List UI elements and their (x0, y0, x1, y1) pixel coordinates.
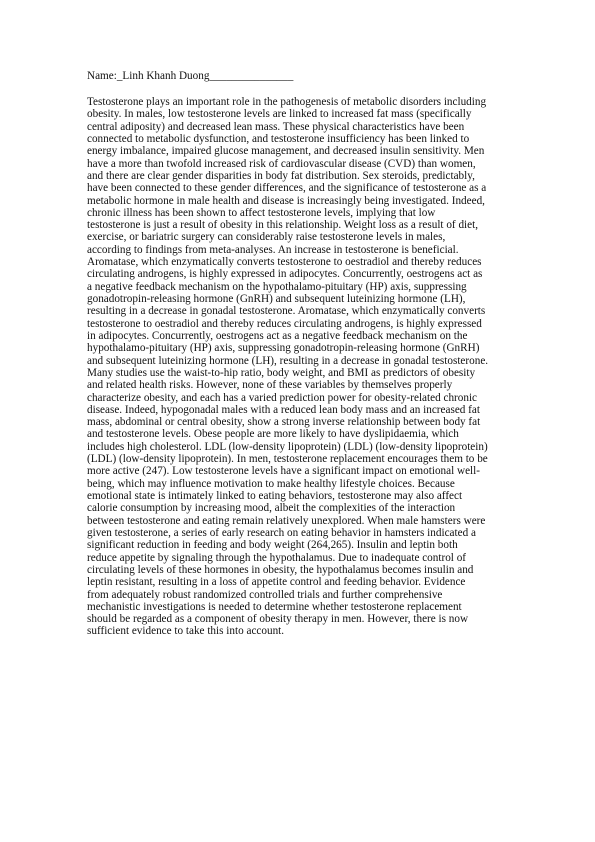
text-line: reduce appetite by signaling through the… (87, 552, 517, 564)
text-line: between testosterone and eating remain r… (87, 515, 517, 527)
text-line: and testosterone levels. Obese people ar… (87, 428, 517, 440)
text-line: circulating androgens, is highly express… (87, 268, 517, 280)
text-line: have a more than twofold increased risk … (87, 158, 517, 170)
text-line: in adipocytes. Concurrently, oestrogens … (87, 330, 517, 342)
text-line: (LDL) (low-density lipoprotein). In men,… (87, 453, 517, 465)
text-line: hypothalamo-pituitary (HP) axis, suppres… (87, 342, 517, 354)
text-line: resulting in a decrease in gonadal testo… (87, 305, 517, 317)
text-line: from adequately robust randomized contro… (87, 589, 517, 601)
text-line: testosterone to oestradiol and thereby r… (87, 318, 517, 330)
student-name-line: Name:_Linh Khanh Duong_______________ (87, 70, 293, 83)
text-line: chronic illness has been shown to affect… (87, 207, 517, 219)
text-line: emotional state is intimately linked to … (87, 490, 517, 502)
text-line: given testosterone, a series of early re… (87, 527, 517, 539)
text-line: significant reduction in feeding and bod… (87, 539, 517, 551)
text-line: Testosterone plays an important role in … (87, 96, 517, 108)
text-line: includes high cholesterol. LDL (low-dens… (87, 441, 517, 453)
text-line: connected to metabolic dysfunction, and … (87, 133, 517, 145)
text-line: gonadotropin-releasing hormone (GnRH) an… (87, 293, 517, 305)
text-line: more active (247). Low testosterone leve… (87, 465, 517, 477)
text-line: and there are clear gender disparities i… (87, 170, 517, 182)
text-line: characterize obesity, and each has a var… (87, 392, 517, 404)
text-line: have been connected to these gender diff… (87, 182, 517, 194)
text-line: should be regarded as a component of obe… (87, 613, 517, 625)
text-line: mass, abdominal or central obesity, show… (87, 416, 517, 428)
text-line: sufficient evidence to take this into ac… (87, 625, 517, 637)
text-line: leptin resistant, resulting in a loss of… (87, 576, 517, 588)
text-line: obesity. In males, low testosterone leve… (87, 108, 517, 120)
text-line: Aromatase, which enzymatically converts … (87, 256, 517, 268)
text-line: mechanistic investigations is needed to … (87, 601, 517, 613)
document-page: Name:_Linh Khanh Duong_______________ Te… (0, 0, 595, 842)
text-line: energy imbalance, impaired glucose manag… (87, 145, 517, 157)
text-line: calorie consumption by increasing mood, … (87, 502, 517, 514)
text-line: according to findings from meta-analyses… (87, 244, 517, 256)
text-line: being, which may influence motivation to… (87, 478, 517, 490)
body-paragraph: Testosterone plays an important role in … (87, 96, 517, 638)
text-line: exercise, or bariatric surgery can consi… (87, 231, 517, 243)
text-line: central adiposity) and decreased lean ma… (87, 121, 517, 133)
text-line: circulating levels of these hormones in … (87, 564, 517, 576)
text-line: and subsequent luteinizing hormone (LH),… (87, 355, 517, 367)
text-line: disease. Indeed, hypogonadal males with … (87, 404, 517, 416)
text-line: metabolic hormone in male health and dis… (87, 195, 517, 207)
text-line: a negative feedback mechanism on the hyp… (87, 281, 517, 293)
text-line: and related health risks. However, none … (87, 379, 517, 391)
text-line: testosterone is just a result of obesity… (87, 219, 517, 231)
text-line: Many studies use the waist-to-hip ratio,… (87, 367, 517, 379)
